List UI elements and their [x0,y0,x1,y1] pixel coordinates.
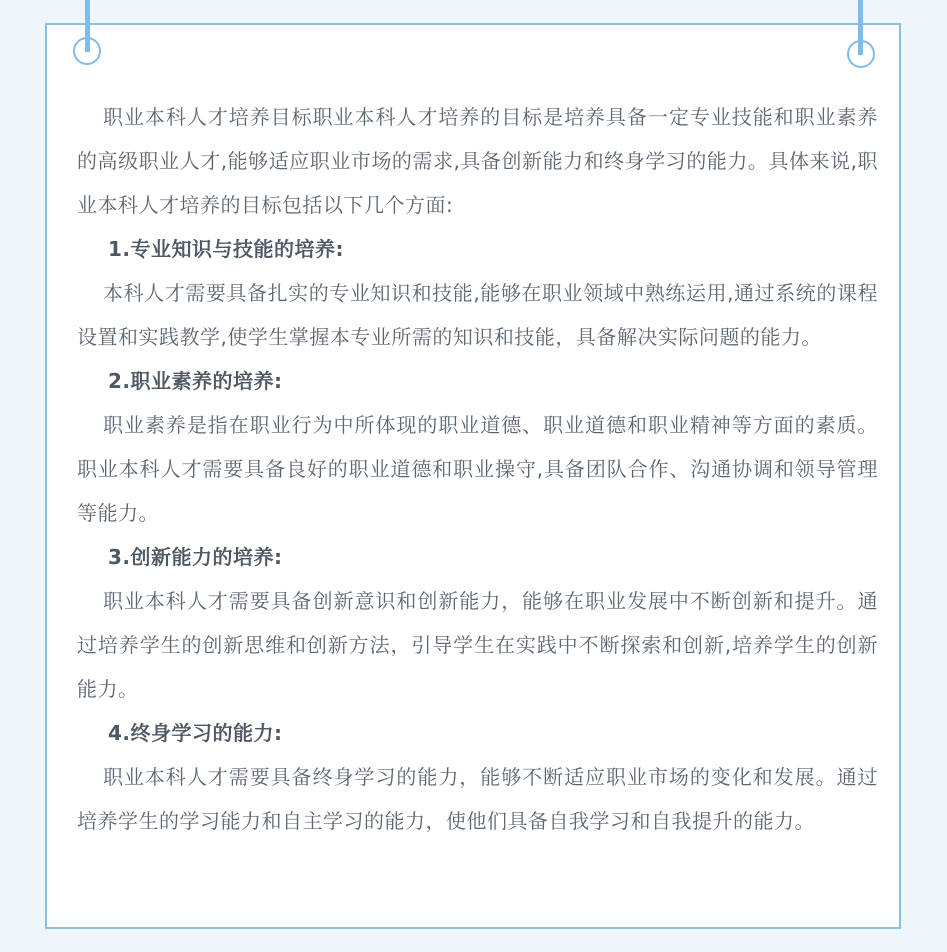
section-3-paragraph: 职业本科人才需要具备创新意识和创新能力，能够在职业发展中不断创新和提升。通过培养… [77,579,878,711]
section-1-heading: 1.专业知识与技能的培养: [77,227,878,271]
pin-circle-right-icon [847,40,875,68]
section-4-paragraph: 职业本科人才需要具备终身学习的能力，能够不断适应职业市场的变化和发展。通过培养学… [77,755,878,843]
section-2-paragraph: 职业素养是指在职业行为中所体现的职业道德、职业道德和职业精神等方面的素质。职业本… [77,403,878,535]
section-4-heading: 4.终身学习的能力: [77,711,878,755]
section-3-heading: 3.创新能力的培养: [77,535,878,579]
section-1-paragraph: 本科人才需要具备扎实的专业知识和技能,能够在职业领域中熟练运用,通过系统的课程设… [77,271,878,359]
page-background: 职业本科人才培养目标职业本科人才培养的目标是培养具备一定专业技能和职业素养的高级… [0,0,947,952]
article-content: 职业本科人才培养目标职业本科人才培养的目标是培养具备一定专业技能和职业素养的高级… [47,25,899,843]
intro-paragraph: 职业本科人才培养目标职业本科人才培养的目标是培养具备一定专业技能和职业素养的高级… [77,95,878,227]
section-2-heading: 2.职业素养的培养: [77,359,878,403]
pin-circle-left-icon [73,37,101,65]
